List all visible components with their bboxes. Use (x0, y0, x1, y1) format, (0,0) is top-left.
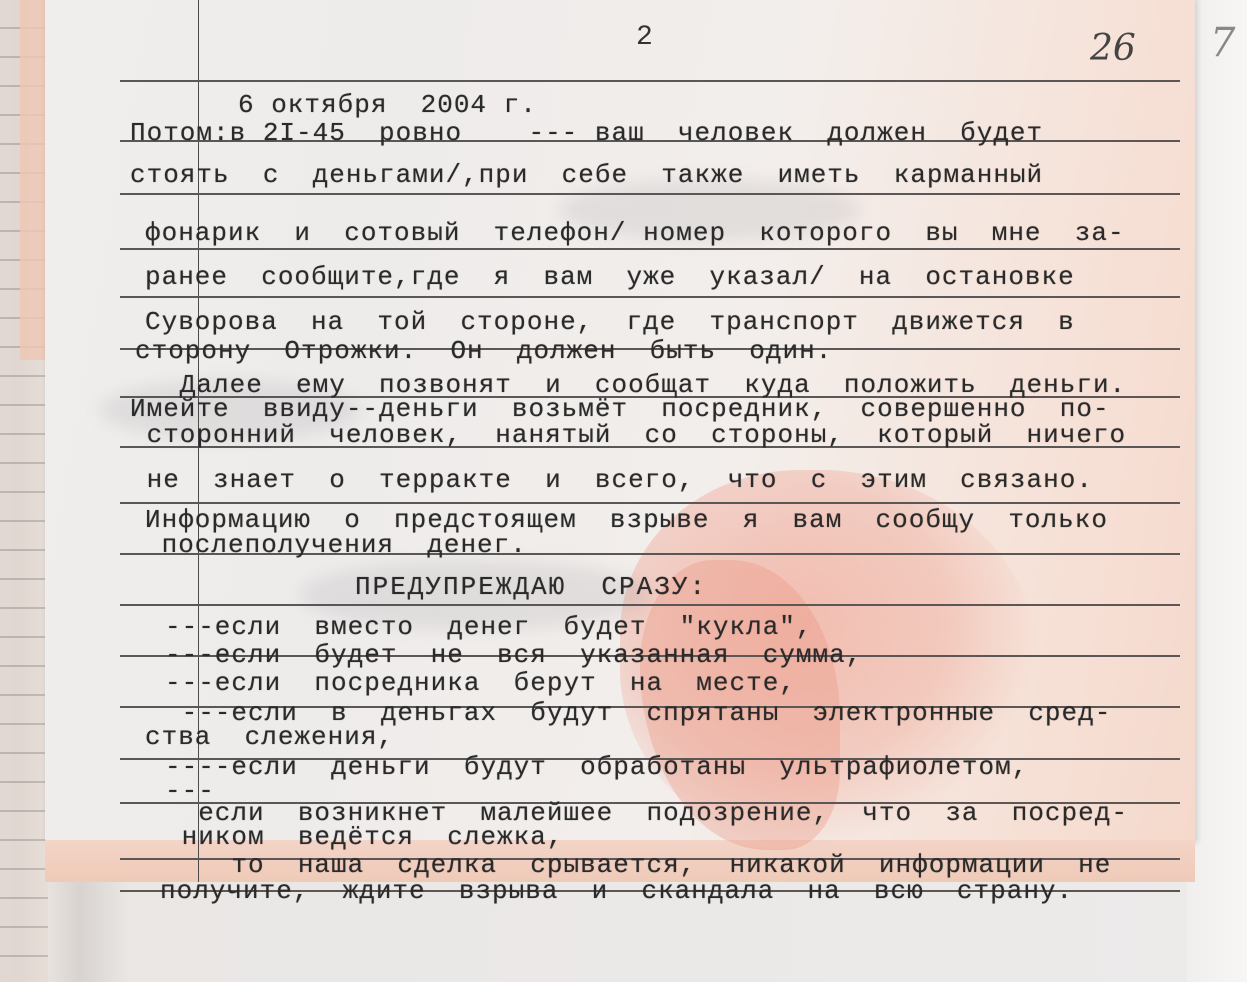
text-line: Суворова на той стороне, где транспорт д… (145, 307, 1075, 337)
ruled-line (120, 604, 1180, 606)
text-line: стоять с деньгами/,при себе также иметь … (130, 160, 1043, 190)
text-line: сторонний человек, нанятый со стороны, к… (130, 420, 1126, 450)
background-page-edge (20, 0, 48, 360)
text-line: Потом:в 2I-45 ровно --- ваш человек долж… (130, 118, 1043, 148)
ruled-line (120, 248, 1180, 250)
handwritten-sheet-number: 26 (1090, 28, 1136, 69)
warning-line: ства слежения, (145, 722, 394, 752)
warning-line: ником ведётся слежка, (165, 822, 563, 852)
text-line: ранее сообщите,где я вам уже указал/ на … (145, 262, 1075, 292)
warning-line: ---если будет не вся указанная сумма, (165, 640, 862, 670)
warning-line: ---если вместо денег будет "кукла", (165, 612, 813, 642)
warning-heading: ПРЕДУПРЕЖДАЮ СРАЗУ: (355, 572, 707, 602)
text-line: послеполучения денег. (145, 530, 527, 560)
ruled-line (120, 502, 1180, 504)
text-line: фонарик и сотовый телефон/ номер которог… (145, 218, 1125, 248)
warning-line: получите, ждите взрыва и скандала на всю… (160, 876, 1073, 906)
warning-line: ----если деньги будут обработаны ультраф… (165, 752, 1028, 782)
handwritten-mark: 7 (1210, 20, 1235, 66)
ruled-line (120, 80, 1180, 82)
text-line: не знает о терракте и всего, что с этим … (130, 465, 1093, 495)
page-number: 2 (636, 22, 653, 53)
ruled-line (120, 296, 1180, 298)
date-line: 6 октября 2004 г. (238, 90, 537, 120)
text-line: сторону Отрожки. Он должен быть один. (135, 336, 832, 366)
ruled-line (120, 193, 1180, 195)
background-sheet-right (1187, 0, 1247, 982)
warning-line: ---если посредника берут на месте, (165, 668, 796, 698)
